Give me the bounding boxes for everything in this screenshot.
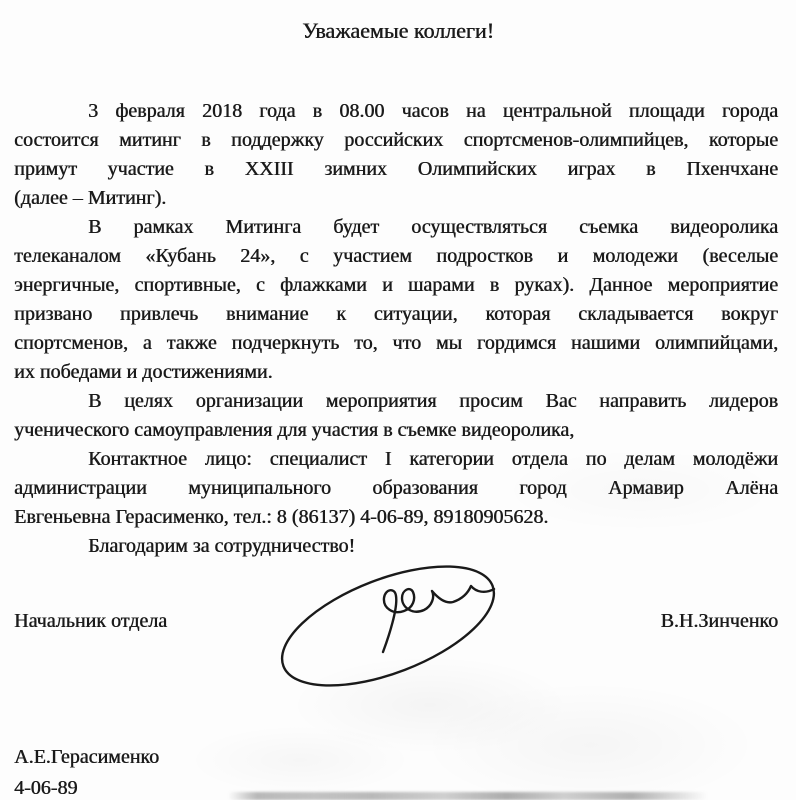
body-line: Контактное лицо: специалист I категории …	[14, 445, 778, 474]
body-line: телеканалом «Кубань 24», с участием подр…	[14, 242, 778, 271]
body-line: Евгеньевна Герасименко, тел.: 8 (86137) …	[14, 503, 778, 532]
document-body: 3 февраля 2018 года в 08.00 часов на цен…	[14, 97, 778, 561]
scanned-letter-page: Уважаемые коллеги! 3 февраля 2018 года в…	[0, 0, 796, 800]
executor-name: А.Е.Герасименко	[14, 742, 159, 773]
handwritten-signature-ink	[272, 546, 510, 696]
executor-phone: 4-06-89	[14, 773, 159, 800]
executor-block: А.Е.Герасименко 4-06-89	[14, 742, 159, 800]
body-line: энергичные, спортивные, с флажками и шар…	[14, 271, 778, 300]
body-line: состоится митинг в поддержку российских …	[14, 126, 778, 155]
scan-artifact-strip	[228, 792, 708, 800]
document-title: Уважаемые коллеги!	[0, 16, 796, 46]
body-line: примут участие в XXIII зимних Олимпийски…	[14, 155, 778, 184]
body-line: спортсменов, а также подчеркнуть то, что…	[14, 329, 778, 358]
signatory-name: В.Н.Зинченко	[660, 606, 778, 636]
signatory-position-label: Начальник отдела	[14, 606, 167, 636]
body-line: их победами и достижениями.	[14, 358, 778, 387]
body-line: призвано привлечь внимание к ситуации, к…	[14, 300, 778, 329]
body-line: 3 февраля 2018 года в 08.00 часов на цен…	[14, 97, 778, 126]
body-line: (далее – Митинг).	[14, 184, 778, 213]
body-line: В целях организации мероприятия просим В…	[14, 387, 778, 416]
body-line: администрации муниципального образования…	[14, 474, 778, 503]
body-line: ученического самоуправления для участия …	[14, 416, 778, 445]
body-line: В рамках Митинга будет осуществляться съ…	[14, 213, 778, 242]
